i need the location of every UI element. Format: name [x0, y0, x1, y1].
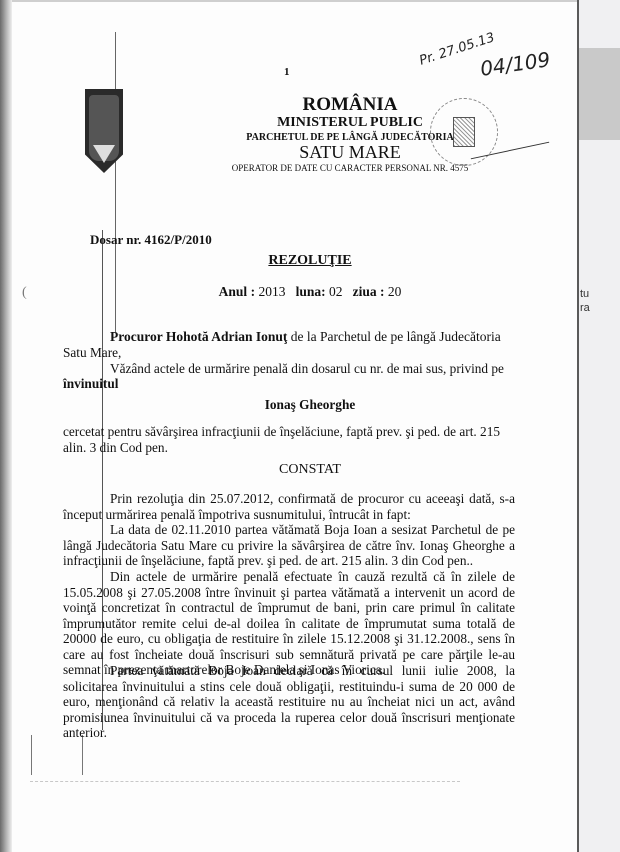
- paragraph: Din actele de urmărire penală efectuate …: [63, 569, 515, 678]
- paragraph: Prin rezoluţia din 25.07.2012, confirmat…: [63, 491, 515, 522]
- header-operator-number: OPERATOR DE DATE CU CARACTER PERSONAL NR…: [140, 163, 560, 173]
- month-label: luna:: [296, 284, 326, 299]
- investigated-line-1: cercetat pentru săvârşirea infracţiunii …: [63, 424, 500, 440]
- header-country: ROMÂNIA: [140, 94, 560, 116]
- scan-line: [31, 735, 32, 775]
- document-title: REZOLUŢIE: [0, 253, 620, 269]
- adjacent-page-shade: [579, 48, 620, 140]
- page-top-edge: [12, 0, 577, 2]
- official-stamp-icon: [430, 98, 498, 166]
- day-label: ziua :: [353, 284, 385, 299]
- scan-left-edge: [0, 0, 12, 852]
- document-date: Anul : 2013 luna: 02 ziua : 20: [0, 284, 620, 300]
- investigated-line-2: alin. 3 din Cod pen.: [63, 440, 168, 456]
- paragraph: La data de 02.11.2010 partea vătămată Bo…: [63, 522, 515, 569]
- seeing-text: Văzând actele de urmărire penală din dos…: [110, 361, 504, 377]
- month-value: 02: [329, 284, 343, 299]
- year-label: Anul :: [219, 284, 255, 299]
- year-value: 2013: [258, 284, 285, 299]
- prosecutor-name: Procuror Hohotă Adrian Ionuţ: [110, 329, 287, 344]
- day-value: 20: [388, 284, 402, 299]
- paragraph: Partea vătămată Boja Ioan declară că în …: [63, 663, 515, 741]
- prosecutor-office: de la Parchetul de pe lângă Judecătoria: [287, 329, 500, 344]
- scan-line: [82, 735, 83, 775]
- section-heading: CONSTAT: [0, 462, 620, 478]
- page-number: 1: [284, 66, 290, 78]
- accused-label: învinuitul: [63, 376, 118, 392]
- fold-line: [30, 781, 460, 782]
- prosecutor-city: Satu Mare,: [63, 345, 121, 361]
- adjacent-page-fragment: ra: [580, 302, 590, 314]
- case-number: Dosar nr. 4162/P/2010: [90, 232, 212, 248]
- accused-name: Ionaş Gheorghe: [0, 397, 620, 413]
- prosecutor-line: Procuror Hohotă Adrian Ionuţ de la Parch…: [110, 329, 501, 345]
